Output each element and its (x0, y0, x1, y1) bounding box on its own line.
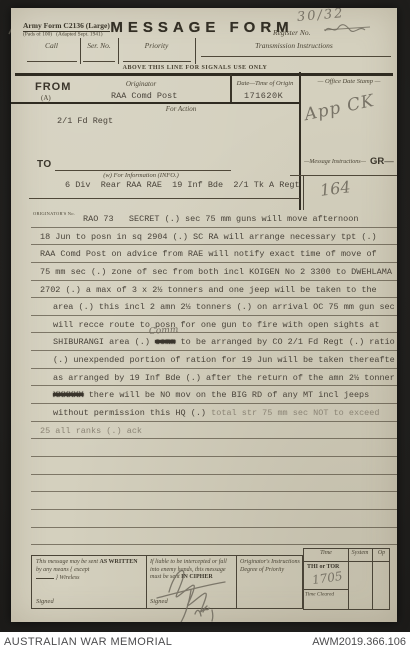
time-header: Time (304, 550, 348, 556)
pencil-approval-note: App CK (303, 91, 377, 125)
heavy-rule (11, 102, 300, 104)
message-text-segment: total str 75 mm sec NOT to exceed (211, 408, 379, 418)
message-line-blank (31, 492, 397, 510)
message-text-segment: will recce route to posn for one gun to … (53, 320, 379, 330)
pencil-annotation: Comm (149, 325, 179, 337)
divider (348, 549, 349, 609)
archive-accession-number: AWM2019.366.106 (312, 636, 406, 648)
ser-no-label: Ser. No. (80, 41, 118, 50)
message-line: RAA Comd Post on advice from RAE will no… (31, 245, 397, 263)
to-underline (55, 170, 231, 171)
pencil-gr-count: 164 (319, 177, 352, 200)
ruled-line (123, 61, 191, 62)
message-line: will recce route to posn for one gun to … (31, 316, 397, 334)
message-line: 2702 (.) a max of 3 x 2½ tonners and one… (31, 281, 397, 299)
message-line-blank (31, 475, 397, 493)
scanned-document-photo: Army Form C2136 (Large) (Pads of 100) (A… (0, 0, 410, 653)
date-time-origin-value: 171620K (244, 91, 283, 101)
message-line: (.) unexpended portion of ration for 19 … (31, 351, 397, 369)
message-line: area (.) this incl 2 amn 2½ tonners (.) … (31, 298, 397, 316)
as-written-cell: This message may be sent AS WRITTEN by a… (32, 556, 146, 608)
message-line: 25 all ranks (.) ack (31, 422, 397, 440)
system-header: System (348, 550, 372, 556)
time-cleared-label: Time Cleared (305, 592, 334, 597)
date-time-origin-label: Date—Time of Origin (231, 80, 299, 87)
transmission-instructions-label: Transmission Instructions (195, 41, 393, 50)
archive-name: AUSTRALIAN WAR MEMORIAL (4, 636, 172, 648)
message-line-blank (31, 457, 397, 475)
for-action-label: For Action (121, 105, 241, 113)
brace-close: } (56, 575, 58, 581)
register-no-scribble (323, 21, 373, 37)
message-form-document: Army Form C2136 (Large) (Pads of 100) (A… (11, 8, 397, 622)
brace-open: { (70, 567, 72, 573)
signed-label: Signed (36, 598, 54, 606)
gr-label: GR (370, 156, 394, 167)
message-text-segment: 25 all ranks (.) ack (40, 426, 142, 436)
message-line: RAO 73 SECRET (.) sec 75 mm guns will mo… (31, 210, 397, 228)
originators-instructions-cell: Originator's Instructions Degree of Prio… (236, 556, 304, 608)
message-line: without permission this HQ (.) total str… (31, 404, 397, 422)
message-text-segment: to be arranged by CO 2/1 Fd Regt (.) rat… (175, 337, 394, 347)
message-text-segment: 2702 (.) a max of 3 x 2½ tonners and one… (40, 285, 377, 295)
heavy-rule (15, 73, 393, 76)
photo-mat: Army Form C2136 (Large) (Pads of 100) (A… (0, 0, 410, 632)
ruled-line (29, 198, 300, 199)
originators-instructions-label: Originator's Instructions (240, 559, 300, 567)
ruled-line (83, 61, 115, 62)
pencil-time-value: 1705 (311, 569, 343, 587)
divider (372, 549, 373, 609)
message-text-segment: RAA Comd Post on advice from RAE will no… (40, 249, 377, 259)
ruled-line (304, 589, 348, 590)
message-line: SHIBURANGI area (.) comm to be arranged … (31, 333, 397, 351)
message-text-segment: without permission this HQ (.) (53, 408, 211, 418)
message-line: 18 Jun to posn in sq 2904 (.) SC RA will… (31, 228, 397, 246)
message-text-segment: as arranged by 19 Inf Bde (.) after the … (53, 373, 395, 383)
message-text-segment: comm (155, 337, 175, 347)
wireless-text: Wireless (59, 575, 79, 581)
message-text-segment: SHIBURANGI area (.) (53, 337, 155, 347)
office-date-stamp-label: Office Date Stamp (301, 78, 397, 85)
message-text-segment: area (.) this incl 2 amn 2½ tonners (.) … (53, 302, 395, 312)
by-any-means-text: by any means (36, 567, 69, 573)
message-line-blank (31, 528, 397, 546)
message-text-segment: XXXXXX (53, 390, 84, 400)
ruled-line (27, 61, 77, 62)
as-written-bold: AS WRITTEN (100, 559, 138, 565)
op-header: Op (372, 550, 391, 556)
message-line-blank (31, 439, 397, 457)
message-body: RAO 73 SECRET (.) sec 75 mm guns will mo… (31, 210, 397, 546)
register-no-label: Register No. (273, 28, 311, 37)
signature-handwriting (139, 558, 244, 622)
message-text-segment: there will be NO mov on the BIG RD of an… (84, 390, 370, 400)
for-information-value: 6 Div Rear RAA RAE 19 Inf Bde 2/1 Tk A R… (65, 180, 300, 190)
ruled-line (290, 175, 397, 176)
divider (230, 74, 232, 104)
for-action-value: 2/1 Fd Regt (57, 116, 113, 126)
except-text: except (74, 567, 89, 573)
ruled-line (304, 561, 389, 562)
message-line: XXXXXX there will be NO mov on the BIG R… (31, 386, 397, 404)
as-written-text: This message may be sent (36, 559, 98, 565)
originator-label: Originator (81, 80, 201, 88)
priority-label: Priority (118, 41, 195, 50)
originator-value: RAA Comd Post (111, 91, 177, 101)
message-line: as arranged by 19 Inf Bde (.) after the … (31, 369, 397, 387)
message-text-segment: 75 mm sec (.) zone of sec from both incl… (40, 267, 392, 277)
degree-of-priority-label: Degree of Priority (240, 567, 300, 575)
signals-use-note: ABOVE THIS LINE FOR SIGNALS USE ONLY (11, 65, 379, 71)
archive-caption: AUSTRALIAN WAR MEMORIAL AWM2019.366.106 (0, 632, 410, 653)
message-line-blank (31, 510, 397, 528)
for-information-label: (w) For Information (INFO.) (41, 172, 241, 179)
except-blank-line (36, 574, 54, 579)
ruled-line (201, 56, 391, 57)
divider (303, 176, 304, 210)
from-label: FROM (35, 81, 71, 93)
to-label: TO (37, 159, 52, 170)
message-text-segment: (.) unexpended portion of ration for 19 … (53, 355, 395, 365)
message-text-segment: 18 Jun to posn in sq 2904 (.) SC RA will… (40, 232, 377, 242)
message-text-segment: RAO 73 SECRET (.) sec 75 mm guns will mo… (83, 214, 358, 224)
from-sub-label: (A) (41, 94, 51, 102)
message-line: 75 mm sec (.) zone of sec from both incl… (31, 263, 397, 281)
time-table: Time System Op THI or TOR 1705 Time Clea… (303, 548, 390, 610)
message-instructions-label: Message Instructions (299, 159, 371, 165)
call-label: Call (23, 41, 80, 50)
